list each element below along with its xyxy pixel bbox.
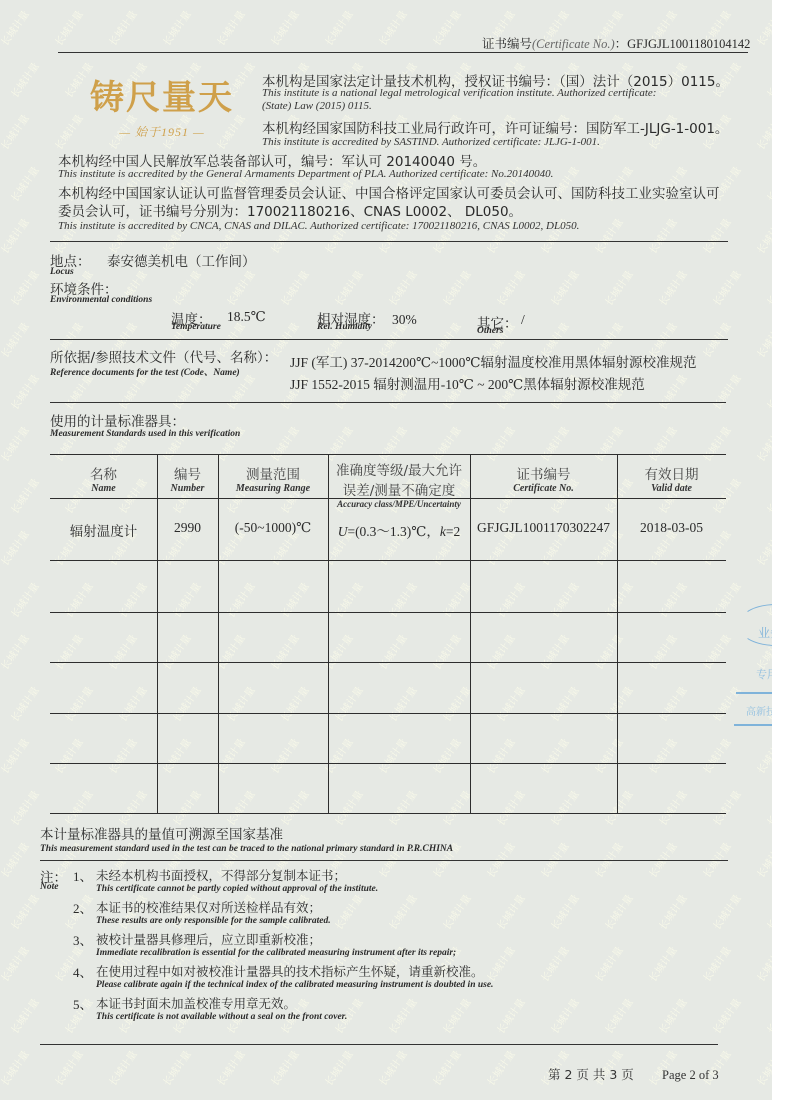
watermark-text: 长城计量 <box>6 787 41 828</box>
watermark-text: 长城计量 <box>0 319 31 360</box>
watermark-text: 长城计量 <box>6 475 41 516</box>
watermark-text: 长城计量 <box>0 839 31 880</box>
watermark-text: 长城计量 <box>590 423 625 464</box>
watermark-text: 长城计量 <box>762 371 772 412</box>
watermark-text: 长城计量 <box>374 735 409 776</box>
watermark-text: 长城计量 <box>6 683 41 724</box>
page-number-en: Page 2 of 3 <box>662 1068 719 1082</box>
watermark-text: 长城计量 <box>752 215 772 256</box>
watermark-text: 长城计量 <box>104 1047 139 1088</box>
page-footer: 第 2 页 共 3 页 Page 2 of 3 <box>548 1065 719 1083</box>
watermark-text: 长城计量 <box>492 683 527 724</box>
watermark-text: 长城计量 <box>752 1047 772 1088</box>
watermark-text: 长城计量 <box>600 891 635 932</box>
table-header-cn: 测量范围 <box>218 463 328 483</box>
logo-main-text: 铸尺量天 <box>82 70 242 119</box>
watermark-text: 长城计量 <box>590 215 625 256</box>
watermark-text: 长城计量 <box>752 527 772 568</box>
table-header-en: Measuring Range <box>218 483 328 494</box>
watermark-text: 长城计量 <box>428 631 463 672</box>
table-row-line <box>50 662 726 663</box>
note-text-en: These results are only responsible for t… <box>96 916 331 926</box>
watermark-text: 长城计量 <box>482 1047 517 1088</box>
note-text-en: This certificate is not available withou… <box>96 1012 347 1022</box>
watermark-text: 长城计量 <box>438 995 473 1036</box>
institute-logo: 铸尺量天 — 始于1951 — <box>82 70 242 140</box>
note-number: 1、 <box>73 866 93 885</box>
watermark-text: 长城计量 <box>492 267 527 308</box>
header-divider <box>58 52 748 53</box>
watermark-text: 长城计量 <box>158 7 193 48</box>
watermark-text: 长城计量 <box>374 1047 409 1088</box>
table-cell: 2990 <box>157 520 218 536</box>
humidity-label-en: Rel. Humidity <box>317 322 372 332</box>
watermark-text: 长城计量 <box>384 267 419 308</box>
watermark-text: 长城计量 <box>482 423 517 464</box>
watermark-text: 长城计量 <box>374 631 409 672</box>
watermark-text: 长城计量 <box>546 891 581 932</box>
watermark-text: 长城计量 <box>698 943 733 984</box>
watermark-text: 长城计量 <box>492 995 527 1036</box>
watermark-text: 长城计量 <box>752 111 772 152</box>
watermark-text: 长城计量 <box>114 579 149 620</box>
watermark-text: 长城计量 <box>644 631 679 672</box>
watermark-text: 长城计量 <box>752 735 772 776</box>
table-header-cn: 证书编号 <box>470 463 617 483</box>
locus-label-en: Locus <box>50 267 74 277</box>
watermark-text: 长城计量 <box>482 943 517 984</box>
watermark-text: 长城计量 <box>104 631 139 672</box>
watermark-text: 长城计量 <box>266 735 301 776</box>
watermark-text: 长城计量 <box>50 735 85 776</box>
watermark-text: 长城计量 <box>762 163 772 204</box>
watermark-text: 长城计量 <box>536 943 571 984</box>
watermark-text: 长城计量 <box>6 59 41 100</box>
reference-label-en: Reference documents for the test (Code、N… <box>50 364 240 378</box>
watermark-text: 长城计量 <box>546 995 581 1036</box>
table-header-en: Name <box>50 483 157 494</box>
accreditation-1-en-b: (State) Law (2015) 0115. <box>262 100 372 112</box>
standards-label-en: Measurement Standards used in this verif… <box>50 429 240 439</box>
watermark-text: 长城计量 <box>374 7 409 48</box>
watermark-text: 长城计量 <box>276 267 311 308</box>
watermark-text: 长城计量 <box>266 631 301 672</box>
note-number: 4、 <box>73 962 93 981</box>
watermark-text: 长城计量 <box>654 787 689 828</box>
table-header-cell: 测量范围Measuring Range <box>218 463 328 494</box>
watermark-text: 长城计量 <box>536 735 571 776</box>
table-cell: 2018-03-05 <box>617 520 726 536</box>
watermark-text: 长城计量 <box>654 371 689 412</box>
watermark-text: 长城计量 <box>276 787 311 828</box>
watermark-text: 长城计量 <box>0 943 31 984</box>
table-column-line <box>617 454 618 813</box>
divider-3 <box>50 402 726 403</box>
watermark-text: 长城计量 <box>762 267 772 308</box>
watermark-text: 长城计量 <box>168 787 203 828</box>
watermark-text: 长城计量 <box>428 423 463 464</box>
note-text-cn: 未经本机构书面授权，不得部分复制本证书； <box>96 866 346 884</box>
watermark-text: 长城计量 <box>320 1047 355 1088</box>
accreditation-4-cn-b: 委员会认可，证书编号分别为：170021180216、CNAS L0002、 D… <box>58 200 522 220</box>
accreditation-3-cn: 本机构经中国人民解放军总装备部认可，编号：军认可 20140040 号。 <box>58 150 486 170</box>
watermark-text: 长城计量 <box>6 579 41 620</box>
table-cell: GFJGJL1001170302247 <box>470 520 617 536</box>
watermark-text: 长城计量 <box>320 735 355 776</box>
watermark-text: 长城计量 <box>482 631 517 672</box>
watermark-text: 长城计量 <box>698 631 733 672</box>
cert-no-label-cn: 证书编号 <box>482 36 532 51</box>
watermark-text: 长城计量 <box>222 267 257 308</box>
watermark-text: 长城计量 <box>330 787 365 828</box>
watermark-text: 长城计量 <box>590 943 625 984</box>
watermark-text: 长城计量 <box>698 735 733 776</box>
watermark-text: 长城计量 <box>492 579 527 620</box>
watermark-text: 长城计量 <box>212 1047 247 1088</box>
note-text-en: Immediate recalibration is essential for… <box>96 948 456 958</box>
accreditation-2-en: This institute is accredited by SASTIND.… <box>262 136 600 148</box>
watermark-text: 长城计量 <box>762 59 772 100</box>
watermark-text: 长城计量 <box>762 891 772 932</box>
watermark-text: 长城计量 <box>644 423 679 464</box>
cert-no-label-en: (Certificate No.) <box>532 37 615 51</box>
locus-value: 泰安德美机电（工作间） <box>107 250 256 270</box>
note-text-cn: 本证书的校准结果仅对所送检样品有效； <box>96 898 321 916</box>
watermark-text: 长城计量 <box>0 1047 31 1088</box>
page-number-cn: 第 2 页 共 3 页 <box>548 1067 634 1082</box>
divider-1 <box>50 241 728 242</box>
watermark-text: 长城计量 <box>158 631 193 672</box>
note-text-cn: 在使用过程中如对被校准计量器具的技术指标产生怀疑，请重新校准。 <box>96 962 484 980</box>
watermark-text: 长城计量 <box>276 683 311 724</box>
watermark-text: 长城计量 <box>60 787 95 828</box>
cert-no-separator: ： <box>615 36 628 51</box>
watermark-text: 长城计量 <box>546 683 581 724</box>
watermark-text: 长城计量 <box>114 787 149 828</box>
watermark-text: 长城计量 <box>708 891 743 932</box>
accreditation-2-cn: 本机构经国家国防科技工业局行政许可，许可证编号：国防军工-JLJG-1-001。 <box>262 117 728 137</box>
watermark-text: 长城计量 <box>320 7 355 48</box>
reference-doc-2: JJF 1552-2015 辐射测温用-10℃ ~ 200℃黑体辐射源校准规范 <box>290 373 645 393</box>
watermark-text: 长城计量 <box>330 891 365 932</box>
table-row-line <box>50 454 726 455</box>
watermark-text: 长城计量 <box>0 527 31 568</box>
watermark-text: 长城计量 <box>428 7 463 48</box>
watermark-text: 长城计量 <box>536 423 571 464</box>
watermark-text: 长城计量 <box>384 995 419 1036</box>
note-number: 2、 <box>73 898 93 917</box>
watermark-text: 长城计量 <box>6 995 41 1036</box>
watermark-text: 长城计量 <box>654 995 689 1036</box>
watermark-text: 长城计量 <box>212 7 247 48</box>
note-number: 5、 <box>73 994 93 1013</box>
table-header-en: Accuracy class/MPE/Uncertainty <box>328 499 470 509</box>
watermark-text: 长城计量 <box>654 267 689 308</box>
divider-2 <box>50 339 728 340</box>
watermark-text: 长城计量 <box>158 735 193 776</box>
watermark-text: 长城计量 <box>222 787 257 828</box>
watermark-text: 长城计量 <box>320 631 355 672</box>
watermark-text: 长城计量 <box>104 7 139 48</box>
traceability-cn: 本计量标准器具的量值可溯源至国家基准 <box>40 823 283 843</box>
humidity-value: 30% <box>392 312 417 328</box>
watermark-text: 长城计量 <box>6 371 41 412</box>
others-value: / <box>521 312 525 328</box>
watermark-text: 长城计量 <box>654 891 689 932</box>
table-header-cell: 准确度等级/最大允许误差/测量不确定度Accuracy class/MPE/Un… <box>328 459 470 509</box>
watermark-text: 长城计量 <box>762 475 772 516</box>
standards-label: 使用的计量标准器具： <box>50 410 185 430</box>
environment-label-en: Environmental conditions <box>50 295 152 305</box>
watermark-text: 长城计量 <box>50 111 85 152</box>
note-text-cn: 本证书封面未加盖校准专用章无效。 <box>96 994 296 1012</box>
table-header-cn: 准确度等级/最大允许 <box>328 459 470 479</box>
watermark-text: 长城计量 <box>698 423 733 464</box>
note-text-en: Please calibrate again if the technical … <box>96 980 493 990</box>
cert-no-value: GFJGJL1001180104142 <box>627 37 750 51</box>
table-header-cn: 编号 <box>157 463 218 483</box>
watermark-text: 长城计量 <box>50 631 85 672</box>
others-label-en: Others <box>477 326 503 336</box>
logo-sub-text: — 始于1951 — <box>82 123 242 140</box>
watermark-text: 长城计量 <box>330 683 365 724</box>
watermark-text: 长城计量 <box>384 683 419 724</box>
watermark-text: 长城计量 <box>438 267 473 308</box>
watermark-text: 长城计量 <box>50 1047 85 1088</box>
accreditation-1-en-a: This institute is a national legal metro… <box>262 87 656 99</box>
accreditation-4-cn-a: 本机构经中国国家认证认可监督管理委员会认证、中国合格评定国家认可委员会认可、国防… <box>58 182 720 202</box>
watermark-text: 长城计量 <box>168 267 203 308</box>
notes-label-en: Note <box>40 882 58 892</box>
watermark-text: 长城计量 <box>168 683 203 724</box>
watermark-text: 长城计量 <box>492 787 527 828</box>
watermark-text: 长城计量 <box>330 267 365 308</box>
table-cell: (-50~1000)℃ <box>218 520 328 536</box>
watermark-text: 长城计量 <box>752 423 772 464</box>
watermark-text: 长城计量 <box>0 735 31 776</box>
stamp-text-1: 业务 <box>758 624 772 641</box>
watermark-text: 长城计量 <box>168 579 203 620</box>
watermark-text: 长城计量 <box>762 787 772 828</box>
watermark-text: 长城计量 <box>266 423 301 464</box>
table-row-line <box>50 813 726 814</box>
watermark-text: 长城计量 <box>50 7 85 48</box>
watermark-text: 长城计量 <box>276 579 311 620</box>
temperature-label-en: Temperature <box>171 322 221 332</box>
watermark-text: 长城计量 <box>708 371 743 412</box>
watermark-text: 长城计量 <box>590 735 625 776</box>
seal-stamp: 业务 专用 高新技术 <box>740 610 772 730</box>
watermark-text: 长城计量 <box>654 683 689 724</box>
watermark-text: 长城计量 <box>698 215 733 256</box>
watermark-text: 长城计量 <box>546 787 581 828</box>
watermark-text: 长城计量 <box>0 7 31 48</box>
watermark-text: 长城计量 <box>482 735 517 776</box>
table-cell: 辐射温度计 <box>50 520 157 540</box>
table-header-cn: 误差/测量不确定度 <box>328 479 470 499</box>
watermark-text: 长城计量 <box>762 995 772 1036</box>
watermark-text: 长城计量 <box>6 891 41 932</box>
watermark-text: 长城计量 <box>752 319 772 360</box>
watermark-text: 长城计量 <box>644 943 679 984</box>
table-header-cell: 名称Name <box>50 463 157 494</box>
certificate-page: 长城计量长城计量长城计量长城计量长城计量长城计量长城计量长城计量长城计量长城计量… <box>0 0 772 1100</box>
table-row-line <box>50 713 726 714</box>
watermark-text: 长城计量 <box>114 683 149 724</box>
table-column-line <box>157 454 158 813</box>
table-row-line <box>50 560 726 561</box>
temperature-value: 18.5℃ <box>227 309 266 325</box>
watermark-text: 长城计量 <box>492 891 527 932</box>
watermark-text: 长城计量 <box>0 631 31 672</box>
note-number: 3、 <box>73 930 93 949</box>
table-header-en: Number <box>157 483 218 494</box>
stamp-text-3: 高新技术 <box>746 703 772 718</box>
stamp-text-2: 专用 <box>756 666 772 682</box>
reference-doc-1: JJF (军工) 37-2014200℃~1000℃辐射温度校准用黑体辐射源校准… <box>290 351 697 371</box>
watermark-text: 长城计量 <box>644 215 679 256</box>
watermark-text: 长城计量 <box>384 891 419 932</box>
watermark-text: 长城计量 <box>536 631 571 672</box>
footer-divider <box>40 1044 718 1045</box>
watermark-text: 长城计量 <box>654 579 689 620</box>
watermark-text: 长城计量 <box>330 579 365 620</box>
watermark-text: 长城计量 <box>752 943 772 984</box>
watermark-text: 长城计量 <box>438 579 473 620</box>
watermark-text: 长城计量 <box>60 579 95 620</box>
watermark-text: 长城计量 <box>158 1047 193 1088</box>
note-text-en: This certificate cannot be partly copied… <box>96 884 378 894</box>
traceability-en: This measurement standard used in the te… <box>40 844 453 854</box>
accreditation-3-en: This institute is accredited by the Gene… <box>58 168 553 180</box>
table-column-line <box>470 454 471 813</box>
watermark-text: 长城计量 <box>708 683 743 724</box>
watermark-text: 长城计量 <box>600 267 635 308</box>
watermark-text: 长城计量 <box>384 579 419 620</box>
watermark-text: 长城计量 <box>428 1047 463 1088</box>
watermark-text: 长城计量 <box>384 787 419 828</box>
note-text-cn: 被校计量器具修理后，应立即重新校准； <box>96 930 321 948</box>
table-header-cell: 有效日期Valid date <box>617 463 726 494</box>
table-header-cell: 证书编号Certificate No. <box>470 463 617 494</box>
watermark-text: 长城计量 <box>708 995 743 1036</box>
accreditation-4-en: This institute is accredited by CNCA, CN… <box>58 220 579 232</box>
watermark-text: 长城计量 <box>546 579 581 620</box>
watermark-text: 长城计量 <box>600 995 635 1036</box>
watermark-text: 长城计量 <box>708 787 743 828</box>
watermark-text: 长城计量 <box>428 735 463 776</box>
watermark-text: 长城计量 <box>104 735 139 776</box>
watermark-text: 长城计量 <box>708 579 743 620</box>
watermark-text: 长城计量 <box>266 1047 301 1088</box>
table-header-en: Certificate No. <box>470 483 617 494</box>
watermark-text: 长城计量 <box>222 683 257 724</box>
table-header-cn: 有效日期 <box>617 463 726 483</box>
watermark-text: 长城计量 <box>438 787 473 828</box>
certificate-number-header: 证书编号(Certificate No.)：GFJGJL100118010414… <box>482 34 750 52</box>
watermark-text: 长城计量 <box>0 215 31 256</box>
watermark-text: 长城计量 <box>644 735 679 776</box>
reference-label: 所依据/参照技术文件（代号、名称）： <box>50 346 277 366</box>
watermark-text: 长城计量 <box>590 631 625 672</box>
watermark-text: 长城计量 <box>752 839 772 880</box>
table-header-en: Valid date <box>617 483 726 494</box>
watermark-text: 长城计量 <box>708 267 743 308</box>
table-column-line <box>218 454 219 813</box>
watermark-text: 长城计量 <box>60 683 95 724</box>
watermark-text: 长城计量 <box>320 423 355 464</box>
table-row-line <box>50 612 726 613</box>
table-header-cell: 编号Number <box>157 463 218 494</box>
watermark-text: 长城计量 <box>6 163 41 204</box>
watermark-text: 长城计量 <box>222 579 257 620</box>
watermark-text: 长城计量 <box>546 267 581 308</box>
table-row-line <box>50 763 726 764</box>
divider-4 <box>40 860 728 861</box>
watermark-text: 长城计量 <box>438 891 473 932</box>
watermark-text: 长城计量 <box>438 683 473 724</box>
table-header-cn: 名称 <box>50 463 157 483</box>
watermark-text: 长城计量 <box>6 267 41 308</box>
watermark-text: 长城计量 <box>0 423 31 464</box>
watermark-text: 长城计量 <box>266 7 301 48</box>
watermark-text: 长城计量 <box>0 111 31 152</box>
watermark-text: 长城计量 <box>752 7 772 48</box>
table-cell: U=(0.3～1.3)℃，k=2 <box>328 520 470 540</box>
watermark-text: 长城计量 <box>374 423 409 464</box>
